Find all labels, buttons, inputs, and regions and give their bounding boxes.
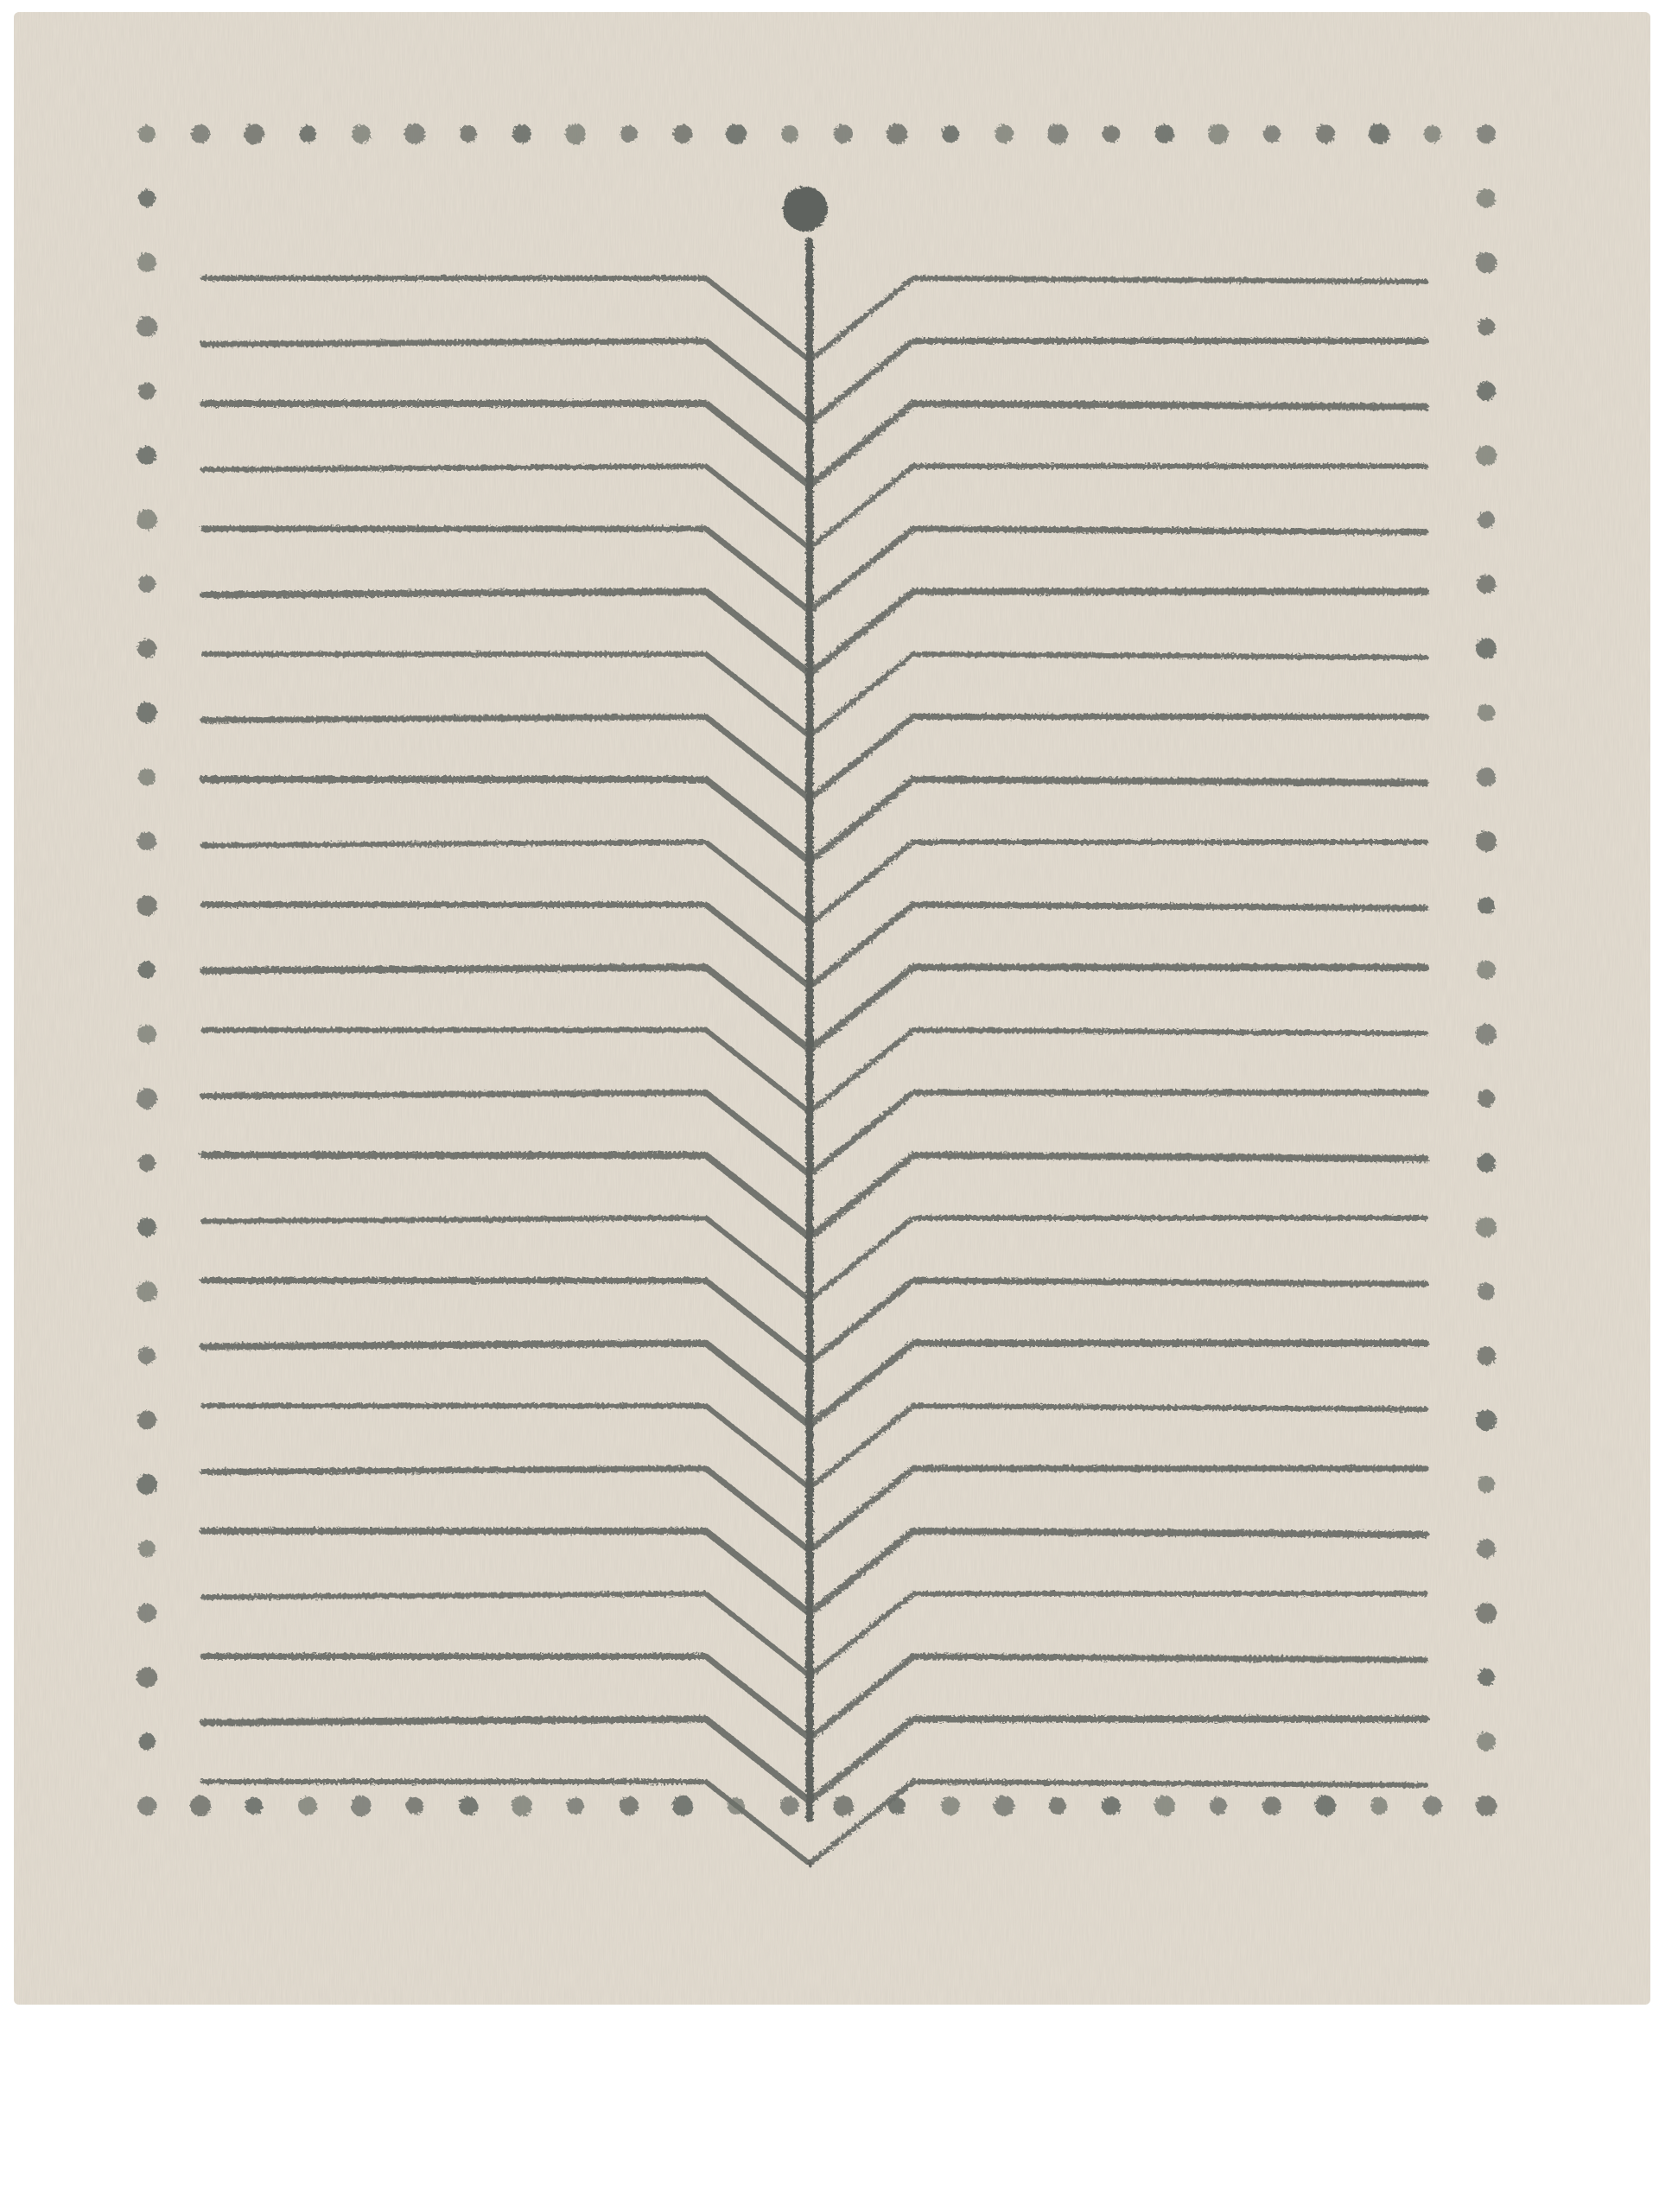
- border-dot: [1103, 125, 1120, 143]
- border-dot: [137, 1217, 156, 1236]
- border-dot: [1478, 318, 1495, 335]
- border-dot: [137, 639, 156, 658]
- border-dot: [1477, 1346, 1496, 1365]
- border-dot: [1155, 124, 1174, 143]
- border-dot: [1476, 445, 1497, 466]
- border-dot: [244, 124, 264, 144]
- border-dot: [834, 124, 853, 143]
- border-dot: [137, 253, 156, 272]
- border-dot: [728, 1797, 745, 1815]
- border-dot: [1208, 124, 1229, 144]
- border-dot: [1476, 252, 1497, 273]
- border-dot: [460, 125, 477, 143]
- border-dot: [1102, 1796, 1121, 1815]
- border-dot: [138, 189, 156, 207]
- border-dot: [1478, 1283, 1495, 1300]
- border-dot: [299, 125, 316, 143]
- rug-image: [0, 0, 1659, 2212]
- border-dot: [1478, 897, 1495, 914]
- border-dot: [1476, 831, 1497, 852]
- border-dot: [1478, 704, 1495, 721]
- border-dot: [137, 510, 157, 531]
- border-dot: [1262, 1796, 1281, 1815]
- border-dot: [1423, 1796, 1442, 1815]
- border-dot: [137, 316, 157, 337]
- border-dot: [512, 1796, 532, 1816]
- border-dot: [137, 446, 156, 465]
- border-dot: [137, 702, 157, 723]
- border-dot: [1478, 512, 1495, 529]
- border-dot: [1476, 1217, 1497, 1237]
- border-dot: [1047, 124, 1068, 144]
- border-dot: [888, 1797, 906, 1815]
- border-dot: [406, 1797, 423, 1815]
- border-dot: [726, 124, 747, 144]
- border-dot: [620, 125, 638, 143]
- border-dot: [1477, 1154, 1496, 1173]
- border-dot: [673, 124, 692, 143]
- border-dot: [298, 1796, 317, 1815]
- border-dot: [138, 1154, 156, 1172]
- border-dot: [137, 1088, 157, 1109]
- border-dot: [459, 1796, 478, 1815]
- border-dot: [138, 575, 156, 593]
- border-dot: [565, 124, 586, 144]
- border-dot: [404, 124, 425, 144]
- border-dot: [190, 1796, 211, 1816]
- rug-texture: [14, 12, 1650, 2005]
- border-dot: [1478, 1476, 1495, 1493]
- border-dot: [138, 1733, 156, 1751]
- border-dot: [995, 124, 1014, 143]
- border-dot: [138, 962, 156, 979]
- border-dot: [780, 1796, 799, 1815]
- border-dot: [1476, 1024, 1497, 1045]
- border-dot: [1477, 961, 1496, 980]
- border-dot: [1478, 1669, 1495, 1686]
- border-dot: [351, 1796, 372, 1816]
- border-dot: [137, 1281, 157, 1302]
- border-dot: [1316, 124, 1335, 143]
- border-dot: [1210, 1797, 1227, 1815]
- border-dot: [1476, 1603, 1497, 1624]
- border-dot: [137, 1667, 157, 1688]
- border-dot: [887, 124, 907, 144]
- border-dot: [1477, 1732, 1496, 1751]
- border-dot: [1369, 124, 1389, 144]
- border-dot: [138, 125, 156, 143]
- border-dot: [137, 895, 157, 916]
- border-dot: [191, 124, 210, 143]
- border-dot: [512, 124, 531, 143]
- border-dot: [672, 1796, 693, 1816]
- border-dot: [1476, 1409, 1497, 1430]
- border-dot: [1477, 188, 1496, 207]
- border-dot: [781, 125, 798, 143]
- border-dot: [1477, 1539, 1496, 1558]
- border-dot: [1476, 638, 1497, 658]
- border-dot: [1477, 767, 1496, 786]
- border-dot: [1476, 1796, 1497, 1816]
- border-dot: [137, 1025, 156, 1044]
- border-dot: [1370, 1797, 1388, 1815]
- border-dot: [994, 1796, 1014, 1816]
- border-dot: [1477, 382, 1496, 401]
- border-dot: [245, 1797, 263, 1815]
- border-dot: [137, 832, 156, 851]
- border-dot: [1263, 125, 1281, 143]
- border-dot: [1154, 1796, 1175, 1816]
- border-dot: [833, 1796, 854, 1816]
- border-dot: [1424, 125, 1441, 143]
- border-dot: [138, 1347, 156, 1364]
- border-dot: [1315, 1796, 1336, 1816]
- border-dot: [942, 125, 959, 143]
- border-dot: [138, 768, 156, 785]
- bud-icon: [783, 187, 828, 232]
- border-dot: [567, 1797, 584, 1815]
- border-dot: [620, 1796, 639, 1815]
- border-dot: [1477, 124, 1496, 143]
- border-dot: [352, 124, 371, 143]
- border-dot: [138, 1540, 156, 1557]
- border-dot: [941, 1796, 960, 1815]
- border-dot: [137, 1474, 157, 1495]
- border-dot: [137, 1410, 156, 1429]
- border-dot: [137, 1604, 156, 1623]
- rug-body: [14, 12, 1650, 2005]
- border-dot: [1478, 1090, 1495, 1107]
- border-dot: [1477, 575, 1496, 594]
- border-dot: [138, 383, 156, 400]
- border-dot: [137, 1796, 156, 1815]
- border-dot: [1049, 1797, 1066, 1815]
